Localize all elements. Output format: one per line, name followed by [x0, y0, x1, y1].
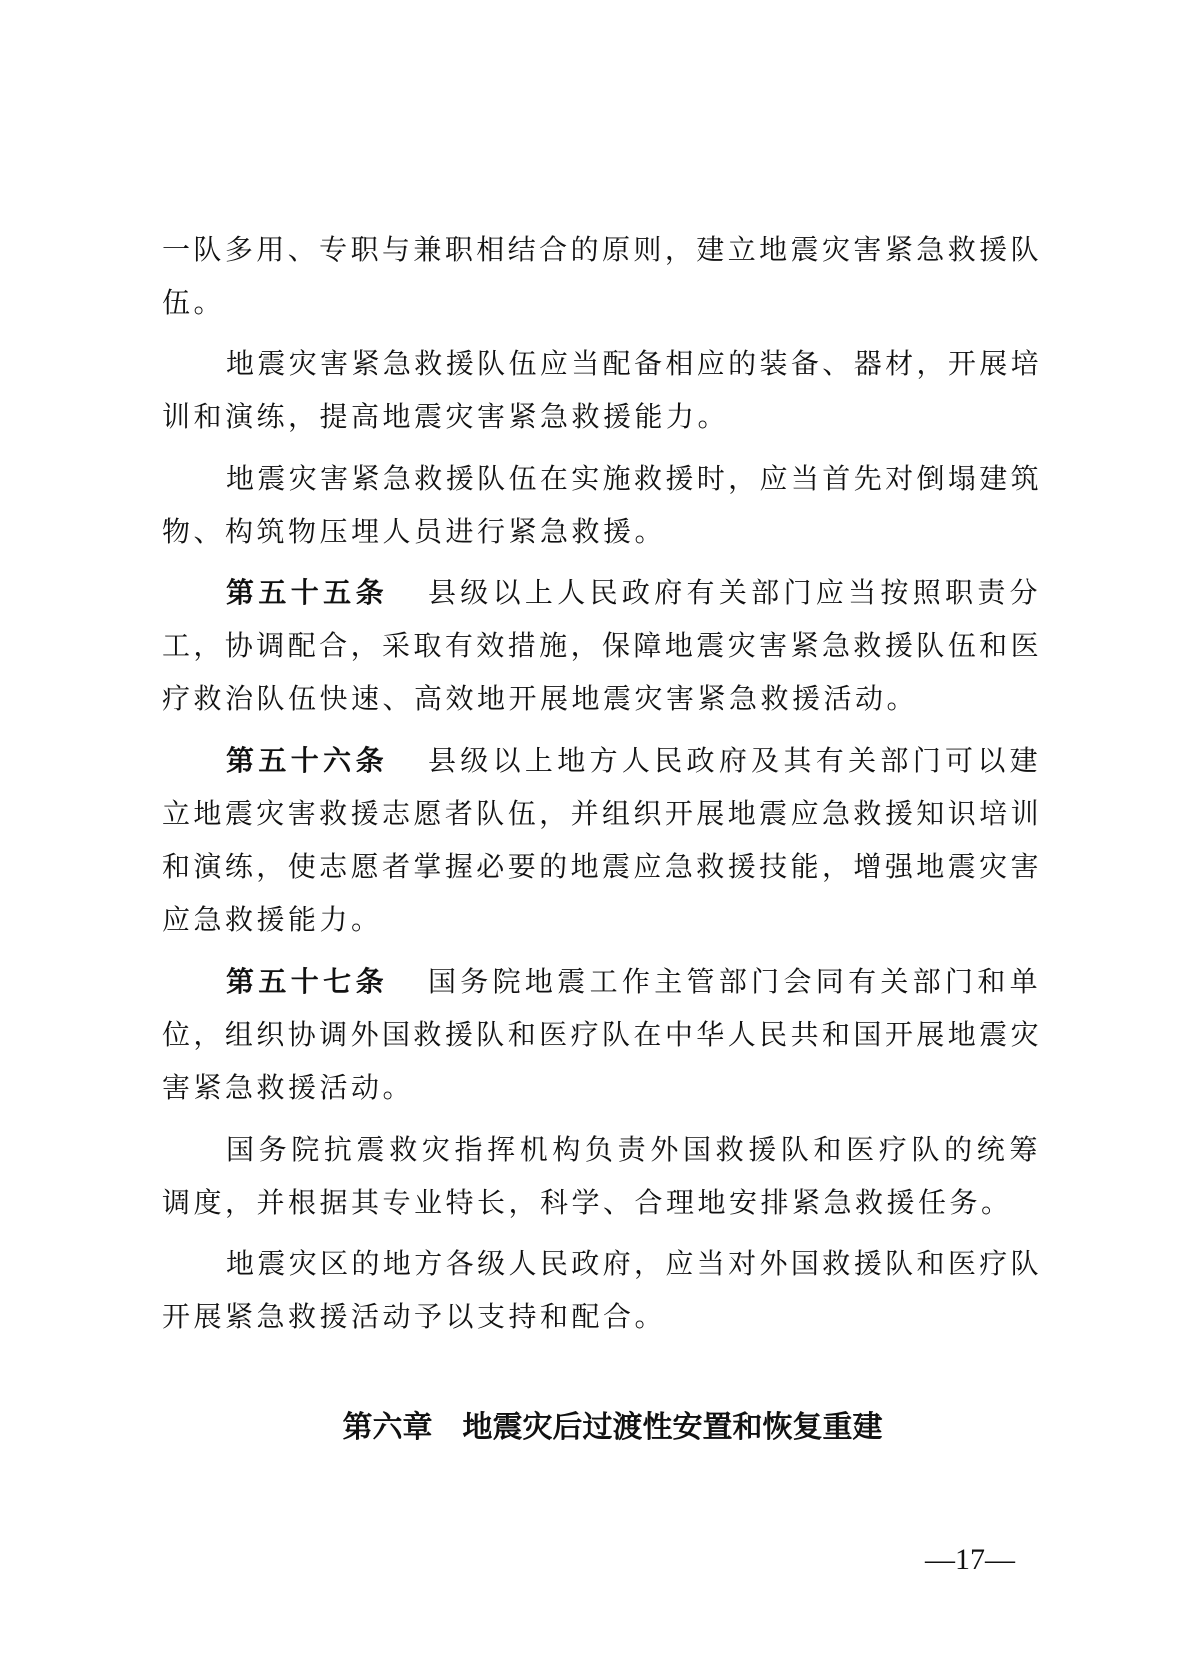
- article-number: 第五十六条: [226, 744, 388, 777]
- text-line: 害紧急救援活动。: [162, 1068, 1042, 1108]
- text-line: 位，组织协调外国救援队和医疗队在中华人民共和国开展地震灾: [162, 1015, 1042, 1055]
- text-line: 第五十七条国务院地震工作主管部门会同有关部门和单: [226, 962, 1042, 1002]
- line-text: 物、构筑物压埋人员进行紧急救援。: [162, 515, 666, 548]
- document-page: 一队多用、专职与兼职相结合的原则，建立地震灾害紧急救援队伍。地震灾害紧急救援队伍…: [0, 0, 1185, 1678]
- line-text: 伍。: [162, 286, 225, 319]
- text-line: 疗救治队伍快速、高效地开展地震灾害紧急救援活动。: [162, 679, 1042, 719]
- line-text: 应急救援能力。: [162, 903, 383, 936]
- article-number: 第五十五条: [226, 576, 388, 609]
- line-text: 地震灾害紧急救援队伍应当配备相应的装备、器材，开展培: [226, 344, 1042, 384]
- line-text: 国务院地震工作主管部门会同有关部门和单: [428, 962, 1042, 1002]
- text-line: 地震灾害紧急救援队伍在实施救援时，应当首先对倒塌建筑: [226, 459, 1042, 499]
- line-text: 害紧急救援活动。: [162, 1071, 414, 1104]
- line-text: 和演练，使志愿者掌握必要的地震应急救援技能，增强地震灾害: [162, 847, 1042, 887]
- line-text: 工，协调配合，采取有效措施，保障地震灾害紧急救援队伍和医: [162, 626, 1042, 666]
- page-number: —17—: [925, 1540, 1015, 1580]
- text-line: 伍。: [162, 283, 1042, 323]
- text-line: 调度，并根据其专业特长，科学、合理地安排紧急救援任务。: [162, 1183, 1042, 1223]
- line-text: 国务院抗震救灾指挥机构负责外国救援队和医疗队的统筹: [226, 1130, 1042, 1170]
- text-line: 一队多用、专职与兼职相结合的原则，建立地震灾害紧急救援队: [162, 230, 1042, 270]
- line-text: 一队多用、专职与兼职相结合的原则，建立地震灾害紧急救援队: [162, 230, 1042, 270]
- text-line: 地震灾害紧急救援队伍应当配备相应的装备、器材，开展培: [226, 344, 1042, 384]
- text-line: 工，协调配合，采取有效措施，保障地震灾害紧急救援队伍和医: [162, 626, 1042, 666]
- line-text: 县级以上地方人民政府及其有关部门可以建: [428, 741, 1042, 781]
- chapter-heading: 第六章 地震灾后过渡性安置和恢复重建: [0, 1408, 1185, 1448]
- line-text: 立地震灾害救援志愿者队伍，并组织开展地震应急救援知识培训: [162, 794, 1042, 834]
- text-line: 和演练，使志愿者掌握必要的地震应急救援技能，增强地震灾害: [162, 847, 1042, 887]
- text-line: 立地震灾害救援志愿者队伍，并组织开展地震应急救援知识培训: [162, 794, 1042, 834]
- article-number: 第五十七条: [226, 965, 388, 998]
- text-line: 地震灾区的地方各级人民政府，应当对外国救援队和医疗队: [226, 1244, 1042, 1284]
- text-line: 物、构筑物压埋人员进行紧急救援。: [162, 512, 1042, 552]
- text-line: 开展紧急救援活动予以支持和配合。: [162, 1297, 1042, 1337]
- line-text: 位，组织协调外国救援队和医疗队在中华人民共和国开展地震灾: [162, 1015, 1042, 1055]
- text-line: 应急救援能力。: [162, 900, 1042, 940]
- line-text: 调度，并根据其专业特长，科学、合理地安排紧急救援任务。: [162, 1186, 1013, 1219]
- line-text: 开展紧急救援活动予以支持和配合。: [162, 1300, 666, 1333]
- text-line: 第五十五条县级以上人民政府有关部门应当按照职责分: [226, 573, 1042, 613]
- line-text: 地震灾害紧急救援队伍在实施救援时，应当首先对倒塌建筑: [226, 459, 1042, 499]
- line-text: 地震灾区的地方各级人民政府，应当对外国救援队和医疗队: [226, 1244, 1042, 1284]
- line-text: 疗救治队伍快速、高效地开展地震灾害紧急救援活动。: [162, 682, 918, 715]
- text-line: 第五十六条县级以上地方人民政府及其有关部门可以建: [226, 741, 1042, 781]
- text-line: 训和演练，提高地震灾害紧急救援能力。: [162, 397, 1042, 437]
- text-line: 国务院抗震救灾指挥机构负责外国救援队和医疗队的统筹: [226, 1130, 1042, 1170]
- line-text: 县级以上人民政府有关部门应当按照职责分: [428, 573, 1042, 613]
- line-text: 训和演练，提高地震灾害紧急救援能力。: [162, 400, 729, 433]
